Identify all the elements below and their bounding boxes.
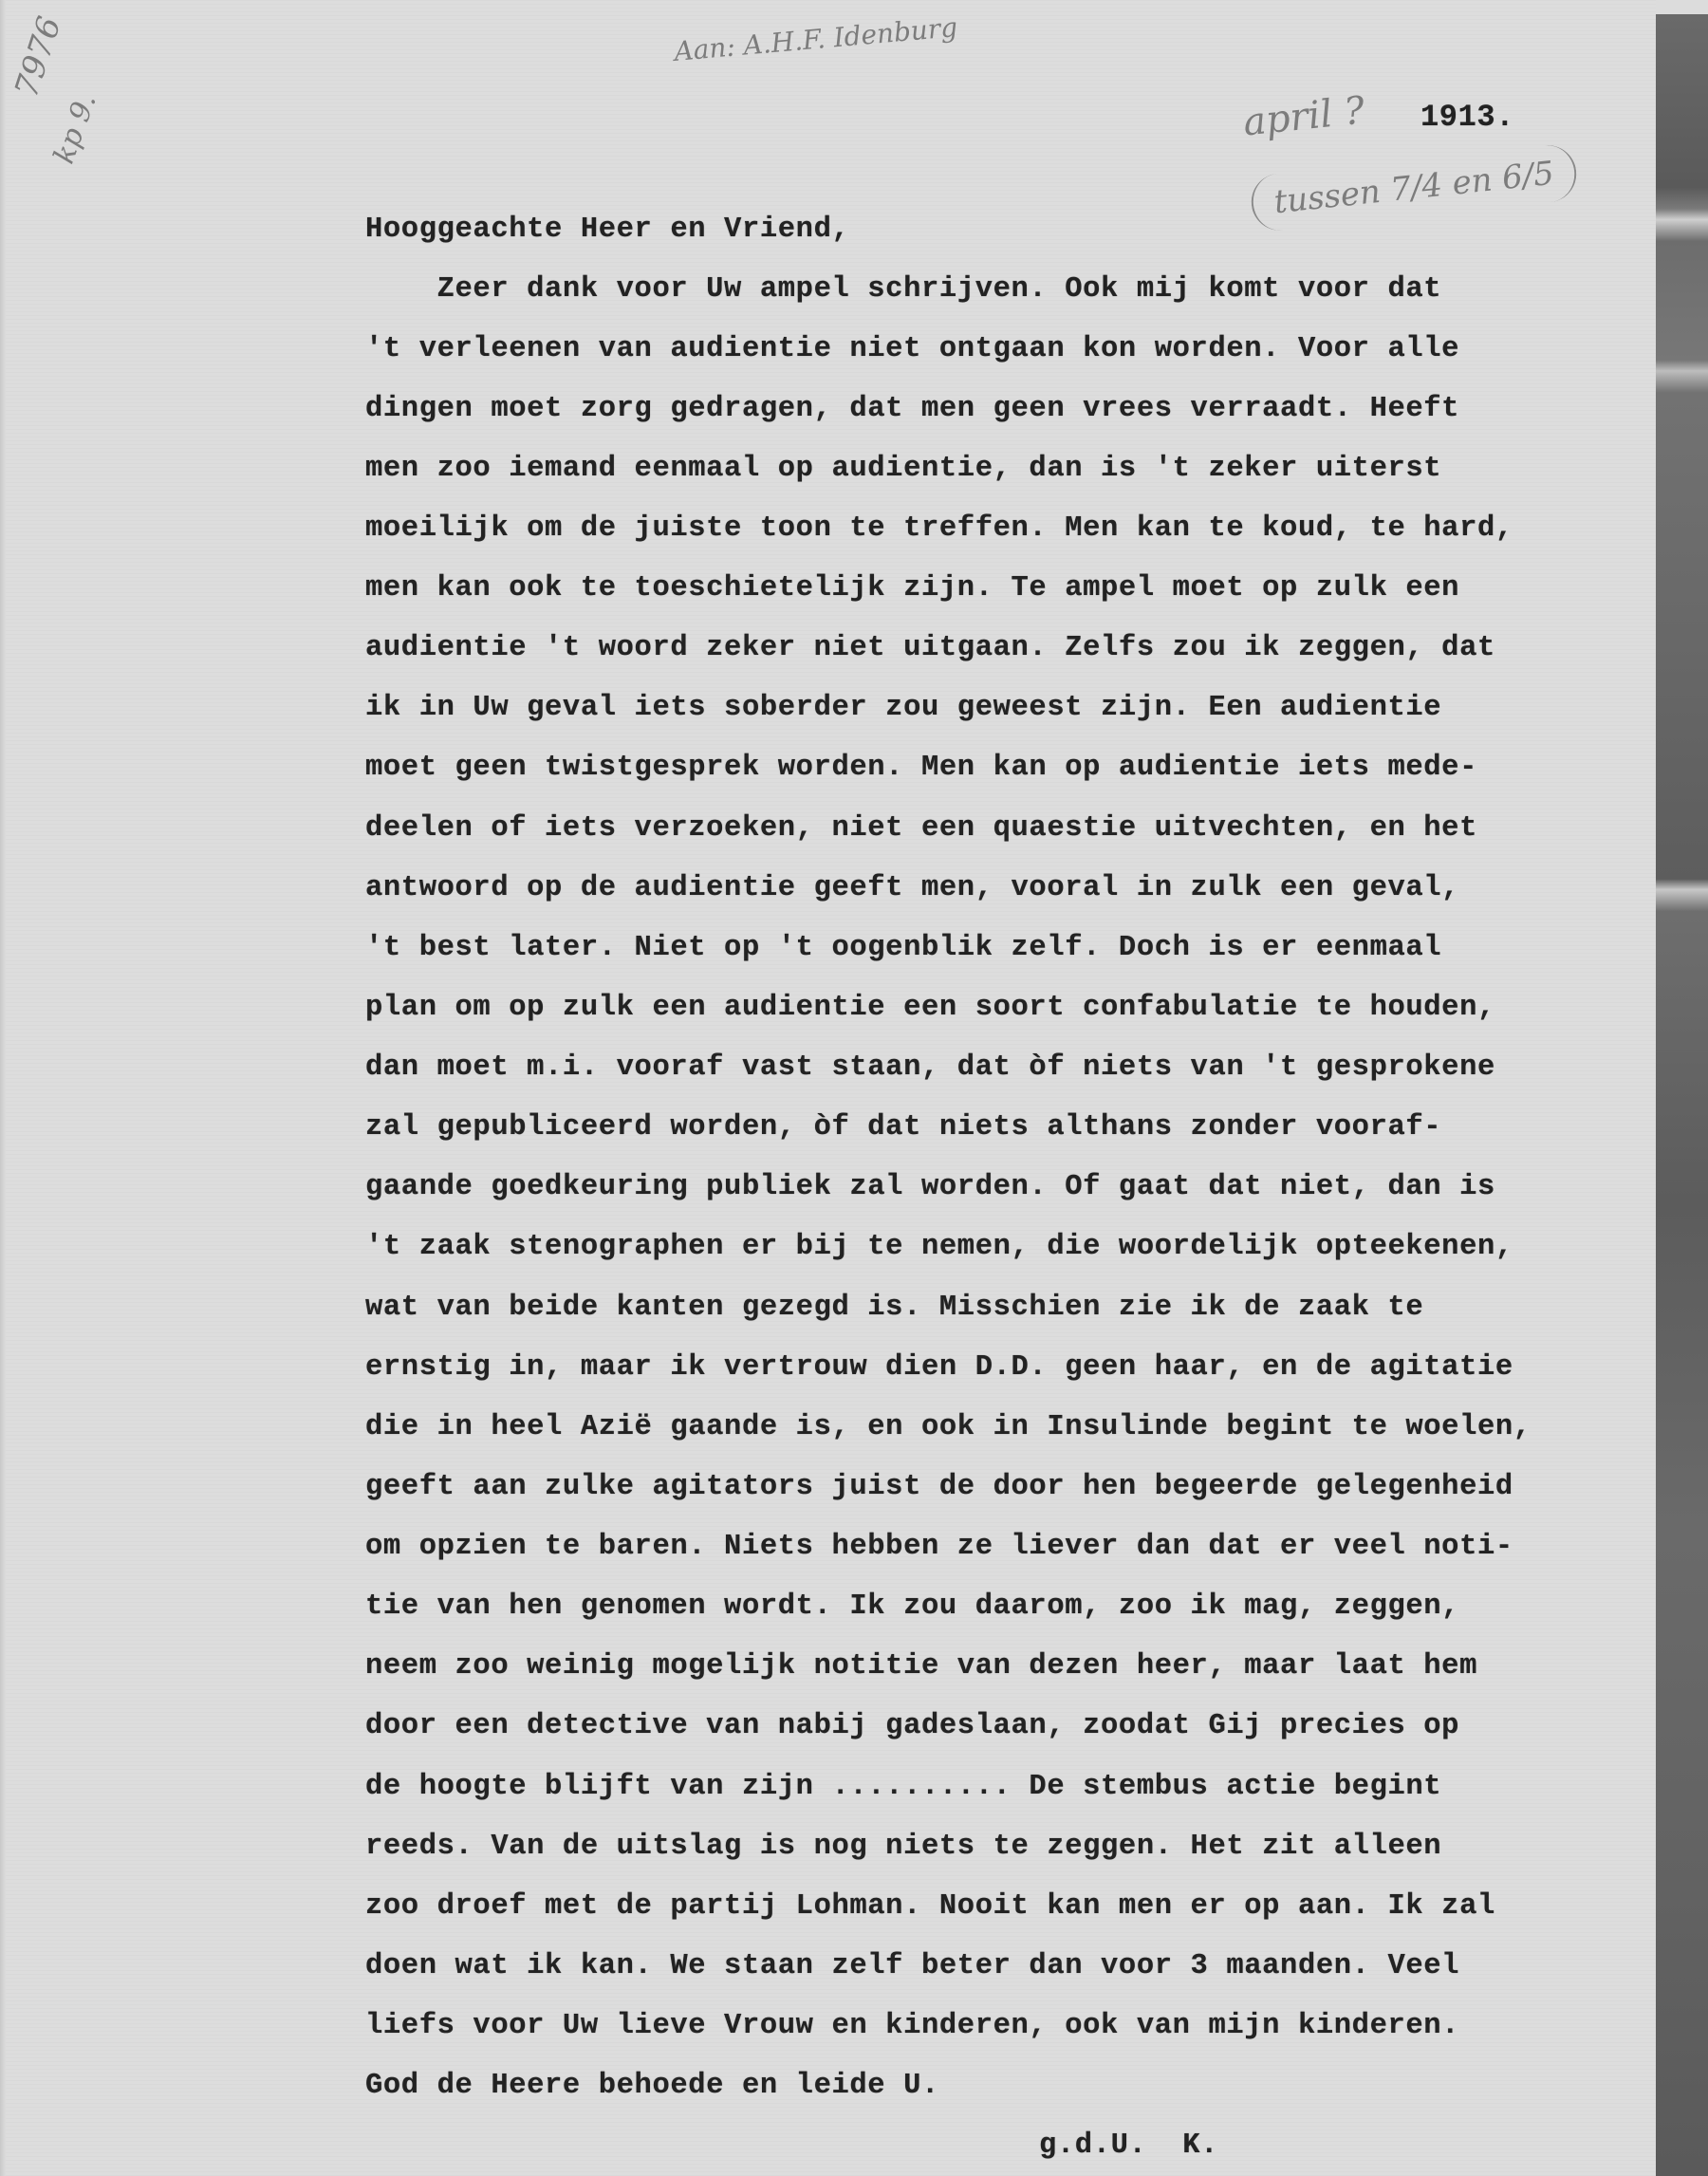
body-line: deelen of iets verzoeken, niet een quaes… (365, 812, 1477, 845)
body-line: ik in Uw geval iets soberder zou geweest… (365, 692, 1441, 724)
body-line: antwoord op de audientie geeft men, voor… (365, 872, 1459, 904)
body-line: doen wat ik kan. We staan zelf beter dan… (365, 1950, 1459, 1982)
body-line: 't best later. Niet op 't oogenblik zelf… (365, 932, 1441, 964)
handwritten-margin-mark: kp 9. (47, 89, 103, 168)
body-line: neem zoo weinig mogelijk notitie van dez… (365, 1650, 1477, 1683)
typed-year: 1913. (1420, 100, 1514, 135)
body-line: liefs voor Uw lieve Vrouw en kinderen, o… (365, 2010, 1459, 2042)
handwritten-recipient-note: Aan: A.H.F. Idenburg (673, 11, 958, 67)
body-line: 't verleenen van audientie niet ontgaan … (365, 333, 1459, 365)
body-line: geeft aan zulke agitators juist de door … (365, 1471, 1513, 1503)
body-line: men zoo iemand eenmaal op audientie, dan… (365, 453, 1441, 485)
body-line: dan moet m.i. vooraf vast staan, dat òf … (365, 1051, 1495, 1084)
body-line: men kan ook te toeschietelijk zijn. Te a… (365, 572, 1459, 604)
body-line: wat van beide kanten gezegd is. Misschie… (365, 1292, 1423, 1324)
body-line: 't zaak stenographen er bij te nemen, di… (365, 1231, 1513, 1263)
body-line: om opzien te baren. Niets hebben ze liev… (365, 1531, 1513, 1563)
handwritten-archive-number: 7976 (8, 12, 69, 102)
body-line: zal gepubliceerd worden, òf dat niets al… (365, 1111, 1441, 1144)
body-line: plan om op zulk een audientie een soort … (365, 992, 1495, 1024)
adjacent-page-edge (1656, 14, 1708, 2176)
salutation: Hooggeachte Heer en Vriend, (365, 214, 849, 246)
body-line: Zeer dank voor Uw ampel schrijven. Ook m… (365, 273, 1441, 306)
body-line: moeilijk om de juiste toon te treffen. M… (365, 512, 1513, 545)
body-line: audientie 't woord zeker niet uitgaan. Z… (365, 632, 1495, 664)
body-line: die in heel Azië gaande is, en ook in In… (365, 1411, 1532, 1443)
body-line: reeds. Van de uitslag is nog niets te ze… (365, 1831, 1441, 1863)
handwritten-date-month: april ? (1241, 88, 1366, 144)
body-line: gaande goedkeuring publiek zal worden. O… (365, 1171, 1495, 1203)
letter-page: 7976 kp 9. Aan: A.H.F. Idenburg april ? … (0, 0, 1656, 2176)
body-line: ernstig in, maar ik vertrouw dien D.D. g… (365, 1351, 1513, 1384)
body-line: zoo droef met de partij Lohman. Nooit ka… (365, 1890, 1495, 1923)
body-line: door een detective van nabij gadeslaan, … (365, 1710, 1459, 1742)
page-left-edge (0, 0, 6, 2176)
handwritten-date-range: tussen 7/4 en 6/5 (1249, 142, 1580, 233)
body-line: God de Heere behoede en leide U. (365, 2070, 939, 2102)
body-line: tie van hen genomen wordt. Ik zou daarom… (365, 1590, 1459, 1623)
signature: g.d.U. K. (1039, 2130, 1218, 2162)
body-line: dingen moet zorg gedragen, dat men geen … (365, 393, 1459, 425)
body-line: de hoogte blijft van zijn .......... De … (365, 1771, 1441, 1803)
body-line: moet geen twistgesprek worden. Men kan o… (365, 752, 1477, 784)
